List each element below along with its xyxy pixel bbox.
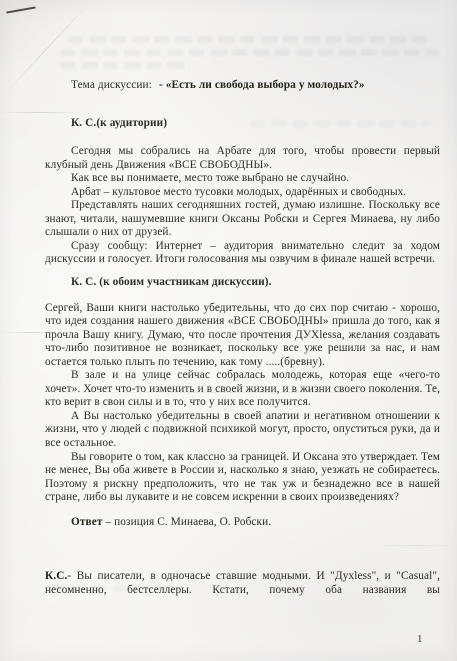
pen-mark xyxy=(6,6,36,13)
paragraph-internet-audience: Сразу сообщу: Интернет – аудитория внима… xyxy=(45,240,440,267)
paragraph-arbat: Арбат – культовое место тусовки молодых,… xyxy=(45,186,440,200)
discussion-topic: Тема дискуссии:- «Есть ли свобода выбора… xyxy=(45,79,440,93)
writers-question-lead: К.С. xyxy=(45,570,67,582)
writers-question-rest: - Вы писатели, в одночасье ставшие модны… xyxy=(45,570,440,596)
page-number: 1 xyxy=(417,633,423,645)
scanned-document-page: Тема дискуссии:- «Есть ли свобода выбора… xyxy=(0,0,457,661)
paragraph-youth-in-hall: В зале и на улице сейчас собралась молод… xyxy=(45,369,440,410)
paragraph-writers-question: К.С.- Вы писатели, в одночасье ставшие м… xyxy=(45,570,440,597)
answer-lead: Ответ xyxy=(71,516,103,528)
paragraph-apathy: А Вы настолько убедительны в своей апати… xyxy=(45,410,440,451)
answer-line: Ответ – позиция С. Минаева, О. Робски. xyxy=(45,516,440,530)
paragraph-opening: Сегодня мы собрались на Арбате для того,… xyxy=(45,145,440,172)
paragraph-to-sergey: Сергей, Ваши книги настолько убедительны… xyxy=(45,302,440,370)
speaker-heading-audience: К. С.(к аудитории) xyxy=(45,117,440,131)
discussion-topic-quote: - «Есть ли свобода выбора у молодых?» xyxy=(159,79,365,91)
paragraph-place-chosen: Как все вы понимаете, место тоже выбрано… xyxy=(45,172,440,186)
paragraph-guests: Представлять наших сегодняшних гостей, д… xyxy=(45,199,440,240)
speaker-heading-participants: К. С. (к обоим участникам дискуссии). xyxy=(45,276,440,290)
answer-rest: – позиция С. Минаева, О. Робски. xyxy=(103,516,272,528)
discussion-topic-label: Тема дискуссии: xyxy=(71,79,152,91)
document-text: Тема дискуссии:- «Есть ли свобода выбора… xyxy=(45,0,440,597)
paragraph-abroad-question: Вы говорите о том, как классно за границ… xyxy=(45,451,440,505)
